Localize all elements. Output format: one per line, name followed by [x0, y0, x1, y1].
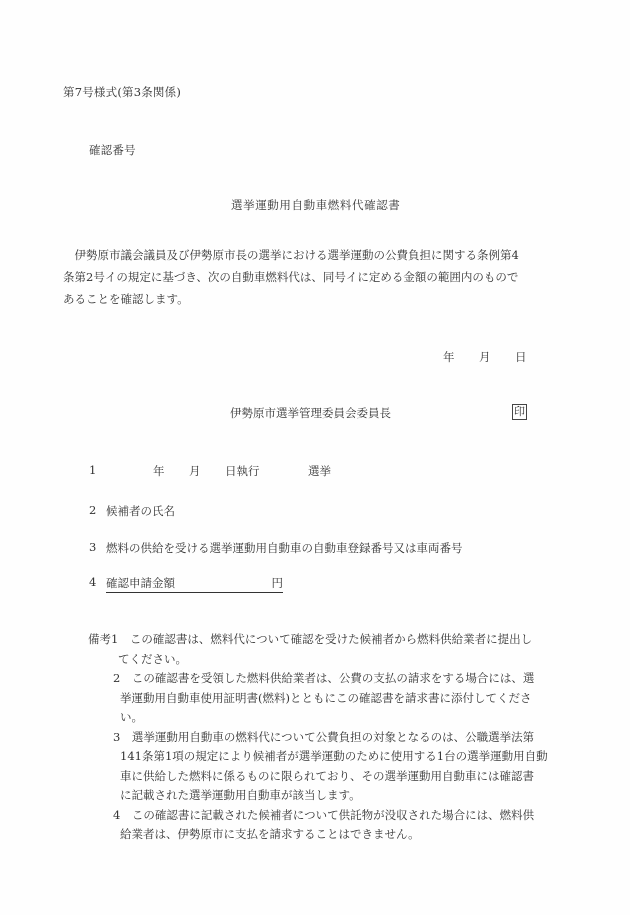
note-4: 4 この確認書に記載された候補者について供託物が没収された場合には、燃料供 給業…	[88, 806, 548, 845]
date-month: 月	[479, 349, 491, 365]
note-line: この確認書を受領した燃料供給業者は、公費の支払の請求をする場合には、選	[132, 671, 535, 685]
form-label: 第7号様式(第3条関係)	[63, 84, 181, 100]
confirmation-number-label: 確認番号	[89, 142, 136, 158]
note-line: 挙運動用自動車使用証明書(燃料)とともにこの確認書を請求書に添付してくださ	[113, 689, 548, 709]
body-line: あることを確認します。	[63, 288, 563, 310]
date-day: 日	[515, 349, 527, 365]
notes-section: 備考1 この確認書は、燃料代について確認を受けた候補者から燃料供給業者に提出し …	[88, 630, 548, 845]
note-3: 3 選挙運動用自動車の燃料代について公費負担の対象となるのは、公職選挙法第 14…	[88, 728, 548, 806]
note-2: 2 この確認書を受領した燃料供給業者は、公費の支払の請求をする場合には、選 挙運…	[88, 669, 548, 728]
amount-field: 確認申請金額 円	[106, 575, 283, 593]
note-line: い。	[113, 708, 548, 728]
document-title: 選挙運動用自動車燃料代確認書	[231, 197, 400, 213]
item-year: 年	[153, 463, 165, 479]
amount-label: 確認申請金額	[106, 576, 175, 590]
item-month: 月	[189, 463, 201, 479]
note-number: 1	[111, 632, 118, 646]
note-1: 備考1 この確認書は、燃料代について確認を受けた候補者から燃料供給業者に提出し …	[88, 630, 548, 669]
item-day-exec: 日執行	[225, 463, 260, 479]
seal-mark: 印	[512, 404, 527, 420]
note-line: この確認書は、燃料代について確認を受けた候補者から燃料供給業者に提出し	[130, 632, 532, 646]
note-line: てください。	[88, 650, 548, 670]
item-number: 3	[89, 540, 96, 554]
item-number: 4	[89, 575, 96, 589]
body-paragraph: 伊勢原市議会議員及び伊勢原市長の選挙における選挙運動の公費負担に関する条例第4 …	[63, 244, 563, 310]
body-line: 伊勢原市議会議員及び伊勢原市長の選挙における選挙運動の公費負担に関する条例第4	[63, 244, 563, 266]
note-line: 選挙運動用自動車の燃料代について公費負担の対象となるのは、公職選挙法第	[132, 730, 534, 744]
item-number: 2	[89, 503, 96, 517]
body-line: 条第2号イの規定に基づき、次の自動車燃料代は、同号イに定める金額の範囲内のもので	[63, 266, 563, 288]
item-number: 1	[89, 463, 96, 477]
amount-unit: 円	[272, 575, 284, 591]
note-line: 車に供給した燃料に係るものに限られており、その選挙運動用自動車には確認書	[113, 767, 548, 787]
issuer-name: 伊勢原市選挙管理委員会委員長	[230, 405, 391, 421]
note-line: 給業者は、伊勢原市に支払を請求することはできません。	[113, 825, 548, 845]
candidate-name-label: 候補者の氏名	[106, 503, 175, 519]
note-line: 141条第1項の規定により候補者が選挙運動のために使用する1台の選挙運動用自動	[113, 747, 548, 767]
note-number: 2	[113, 671, 120, 685]
note-number: 3	[113, 730, 120, 744]
note-line: に記載された選挙運動用自動車が該当します。	[113, 786, 548, 806]
note-number: 4	[113, 808, 120, 822]
item-election: 選挙	[308, 463, 331, 479]
vehicle-number-label: 燃料の供給を受ける選挙運動用自動車の自動車登録番号又は車両番号	[106, 540, 463, 556]
note-line: この確認書に記載された候補者について供託物が没収された場合には、燃料供	[132, 808, 534, 822]
notes-heading: 備考	[88, 632, 111, 646]
date-year: 年	[443, 349, 455, 365]
